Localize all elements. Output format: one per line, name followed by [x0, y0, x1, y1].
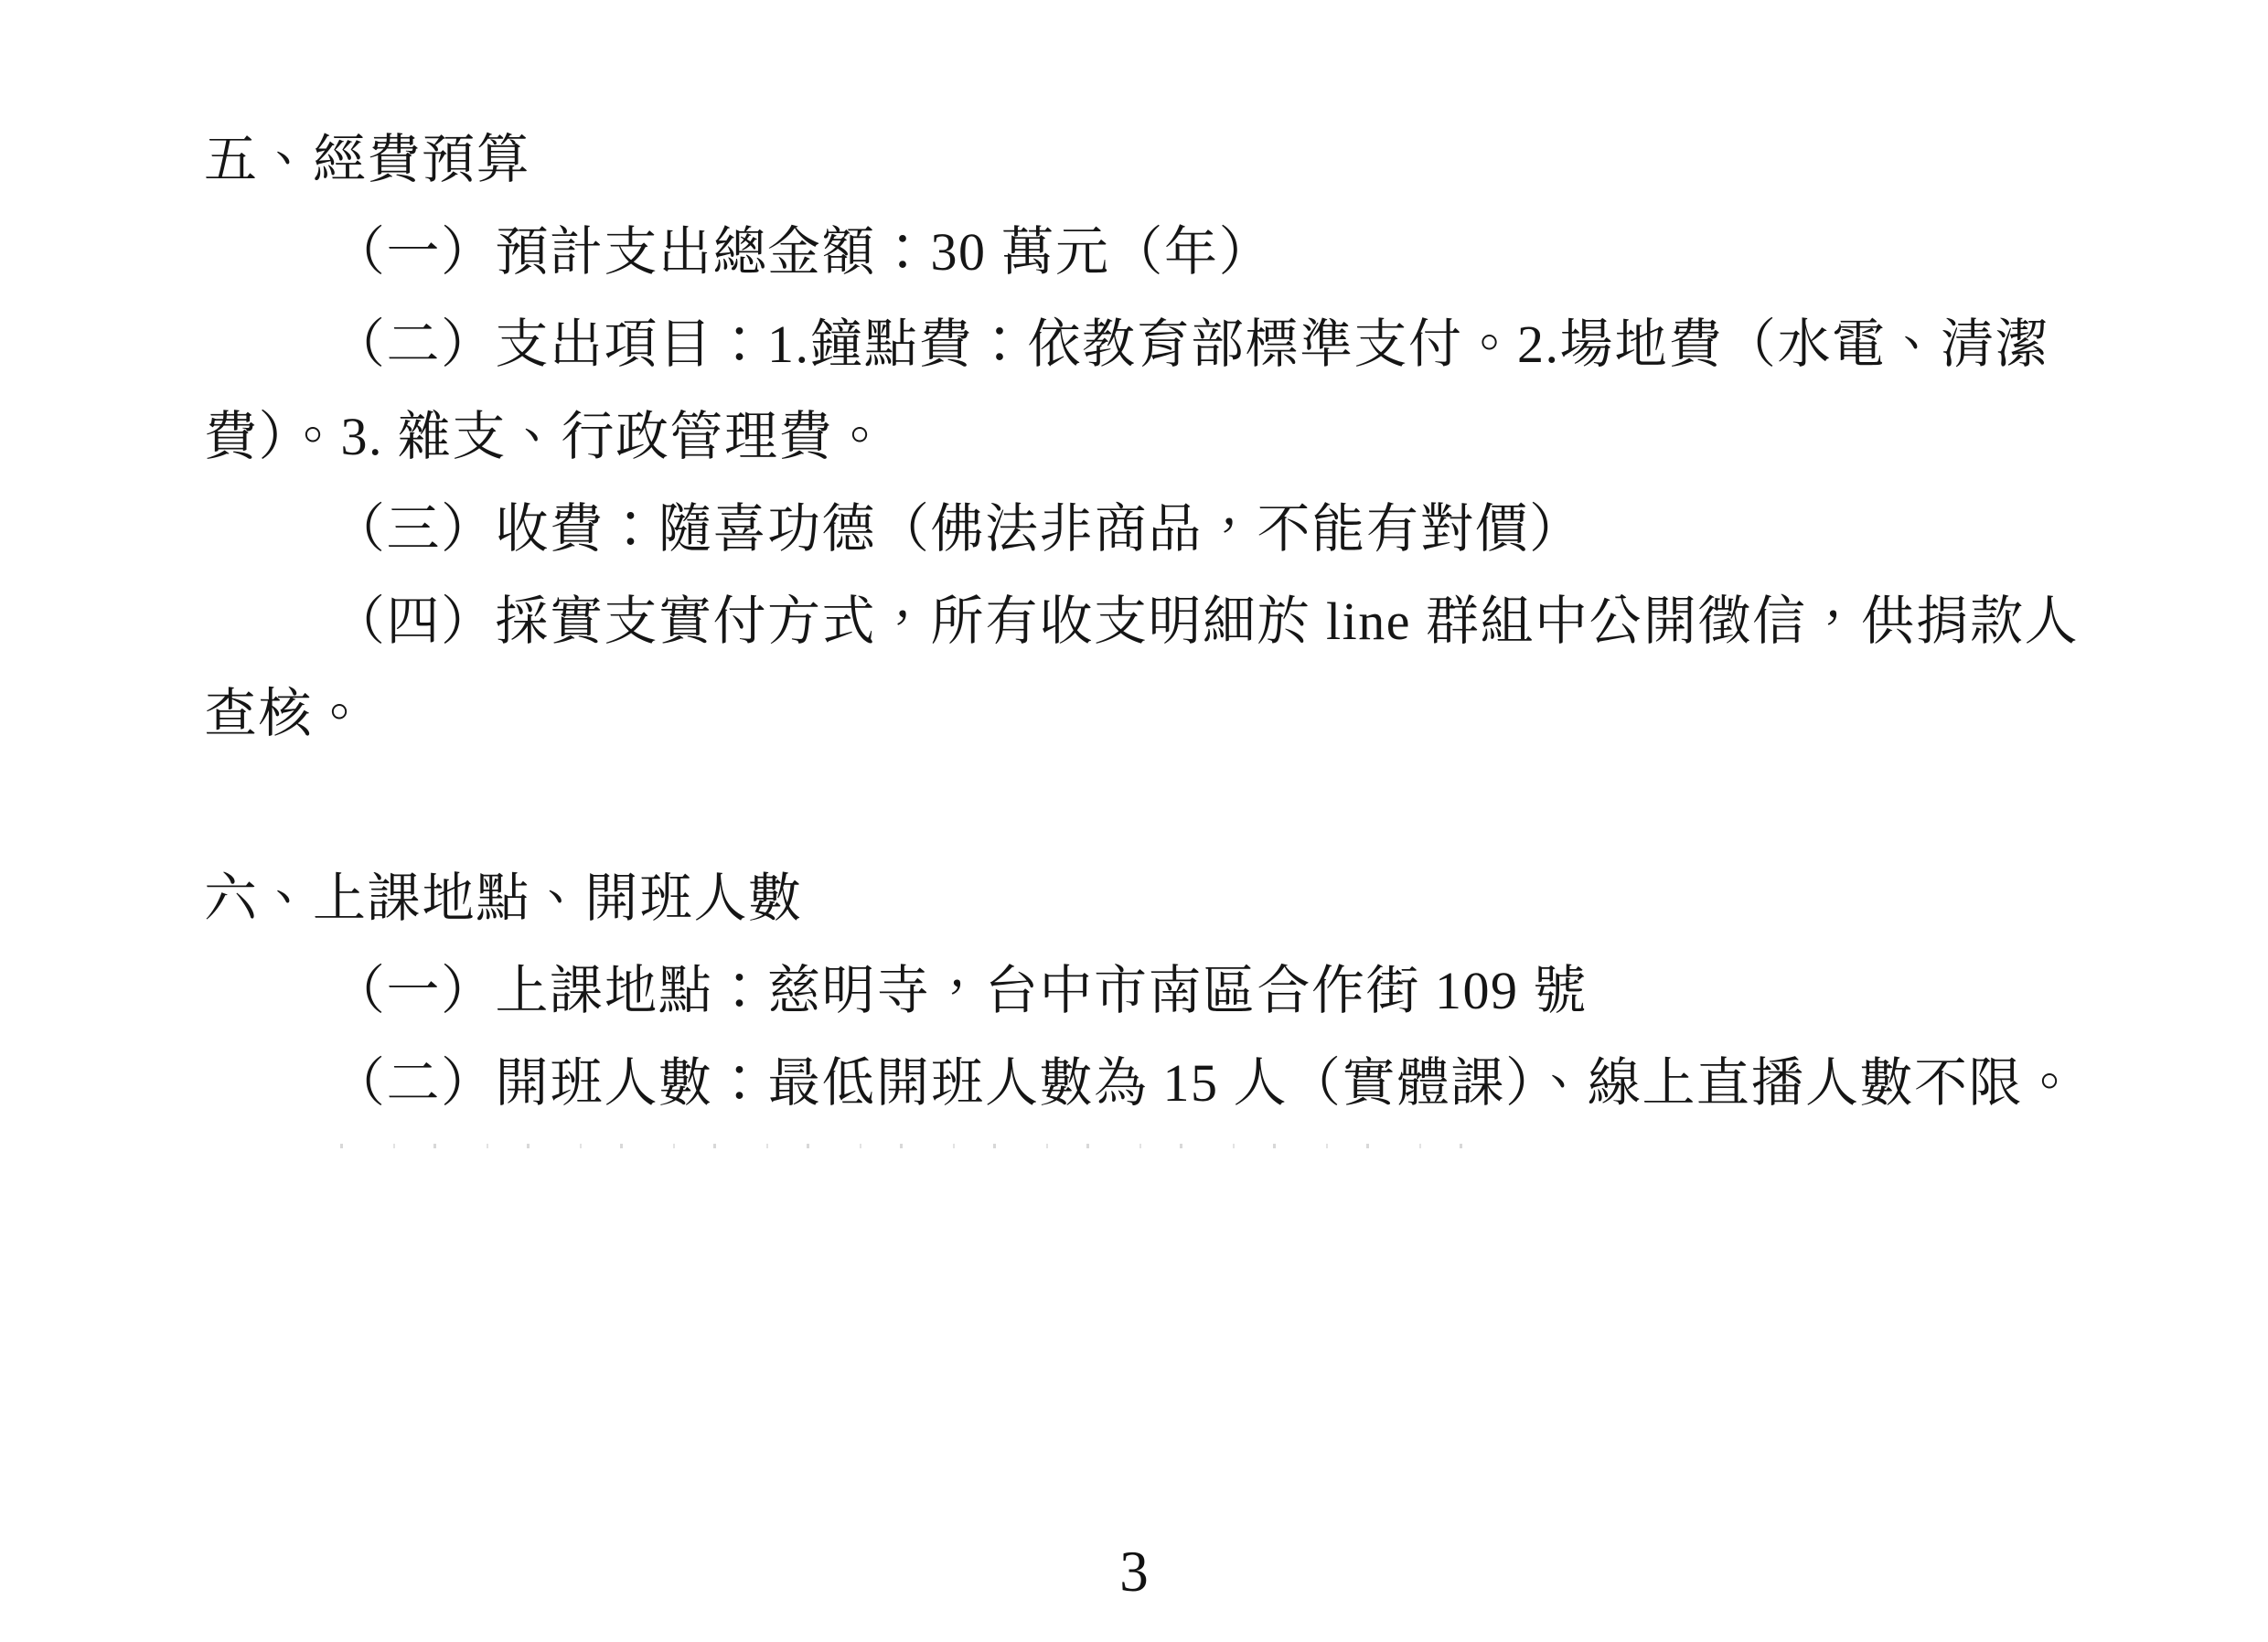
page-number: 3: [0, 1543, 2268, 1601]
text-line: 費）。3. 雜支、行政管理費。: [204, 410, 888, 464]
text-line: （三）收費：隨喜功德（佛法非商品，不能有對價）: [332, 503, 1584, 556]
section-heading-line: 五、經費預算: [204, 133, 530, 187]
text-line: （一）上課地點：慈明寺，台中市南區合作街 109 號: [332, 965, 1588, 1018]
text-line: 查核。: [204, 688, 368, 741]
text-line: （一）預計支出總金額：30 萬元（年）: [332, 226, 1273, 279]
text-line: （二）支出項目：1.鐘點費：依教育部標準支付。2.場地費（水電、清潔: [332, 318, 2049, 371]
section-heading-line: 六、上課地點、開班人數: [204, 872, 803, 925]
text-line: （四）採實支實付方式，所有收支明細於 line 群組中公開徵信，供捐款人: [332, 595, 2079, 648]
document-page: 五、經費預算（一）預計支出總金額：30 萬元（年）（二）支出項目：1.鐘點費：依…: [0, 0, 2268, 1642]
text-line: （二）開班人數：最低開班人數為 15 人（實體課）、線上直播人數不限。: [332, 1057, 2078, 1110]
faint-cutoff-text-artifact: [340, 1144, 1511, 1148]
